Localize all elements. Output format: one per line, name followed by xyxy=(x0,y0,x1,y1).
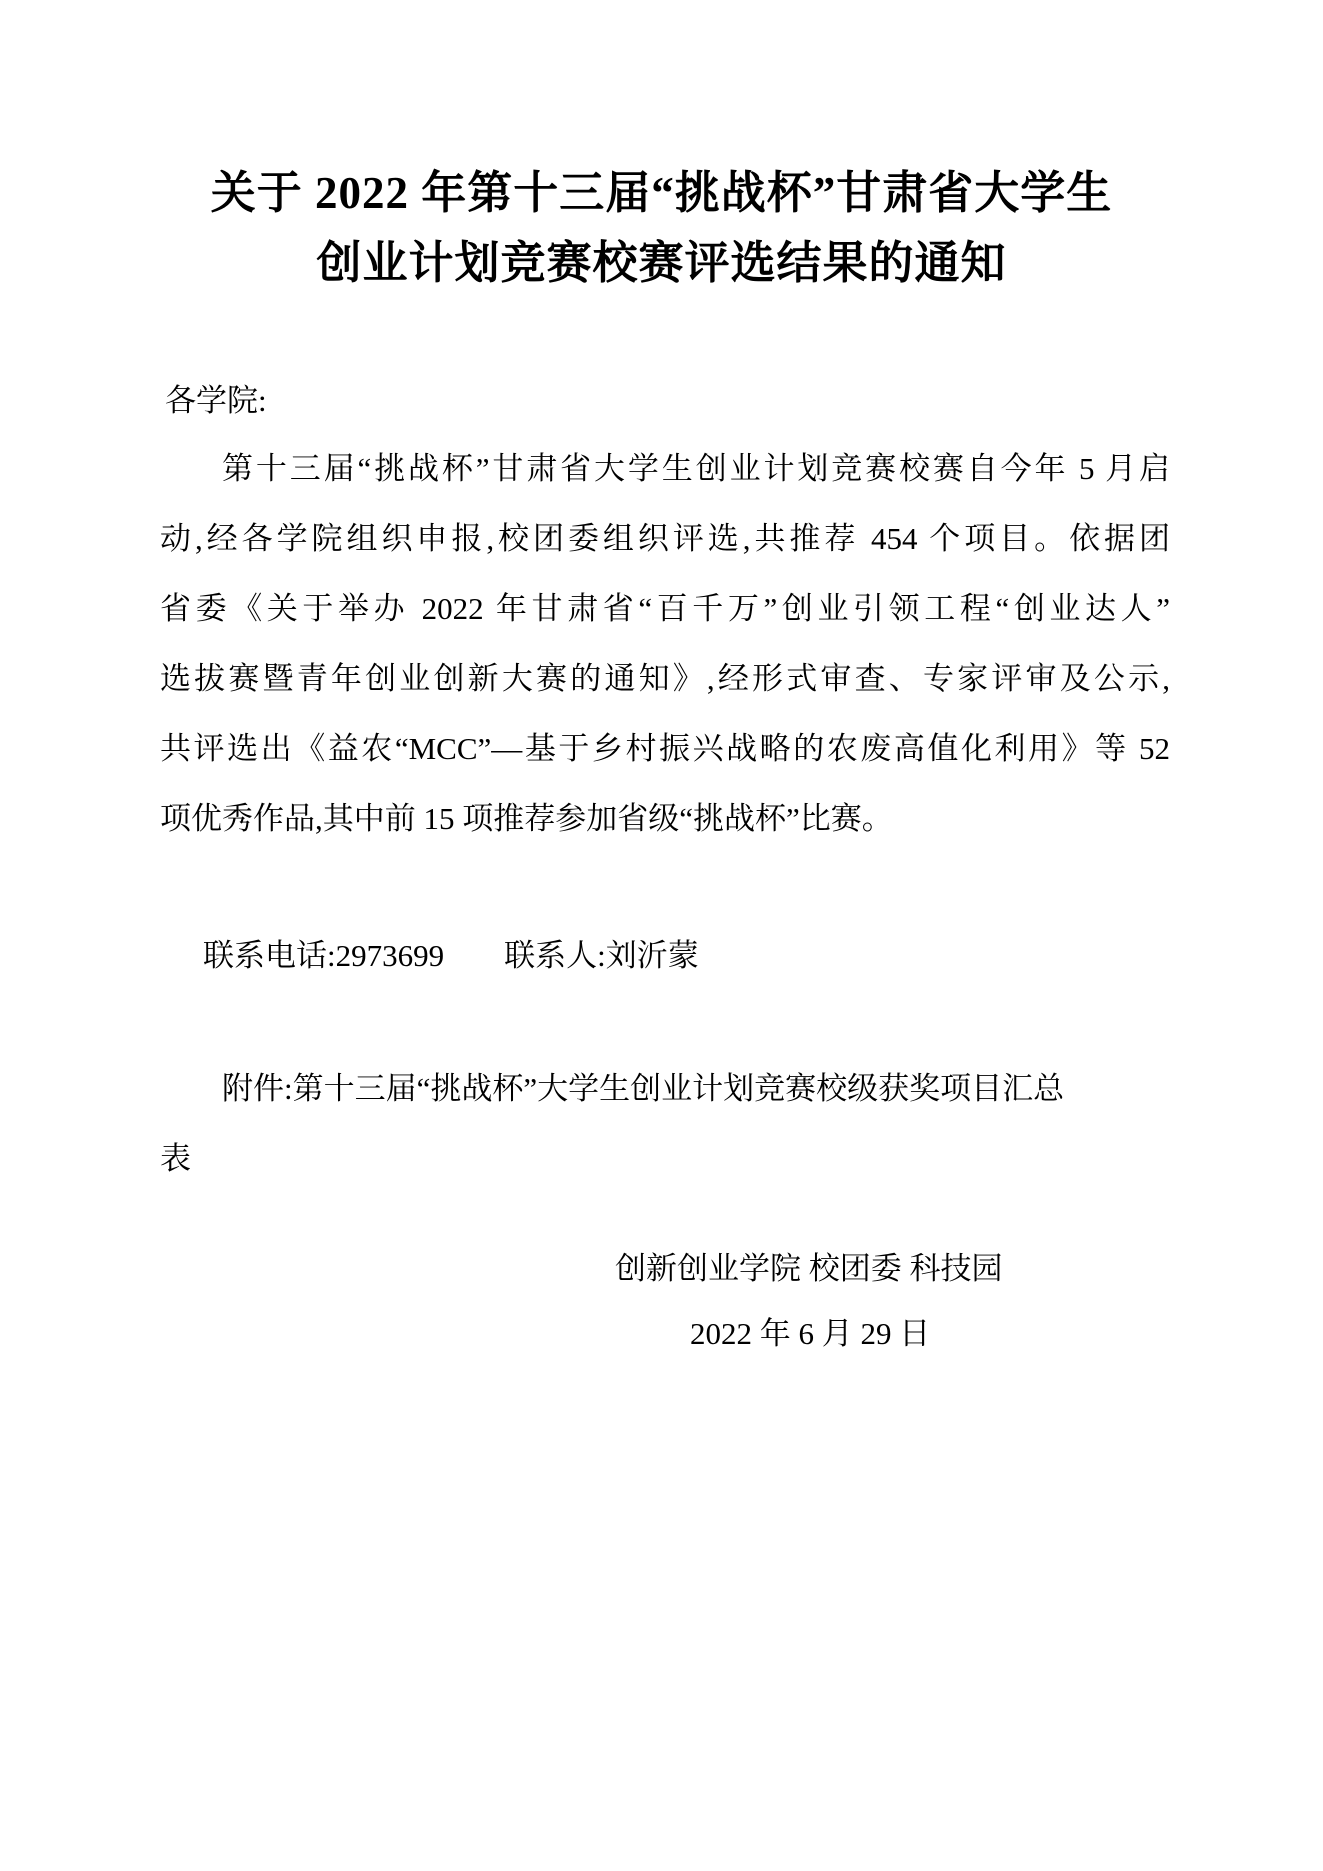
body-line: 项优秀作品,其中前 15 项推荐参加省级“挑战杯”比赛。 xyxy=(160,784,1170,854)
salutation: 各学院: xyxy=(165,366,267,436)
contact-info: 联系电话:2973699联系人:刘沂蒙 xyxy=(203,921,699,991)
attachment-note: 附件:第十三届“挑战杯”大学生创业计划竞赛校级获奖项目汇总 表 xyxy=(160,1054,1170,1194)
attachment-line-1: 附件:第十三届“挑战杯”大学生创业计划竞赛校级获奖项目汇总 xyxy=(160,1054,1170,1124)
body-line: 第十三届“挑战杯”甘肃省大学生创业计划竞赛校赛自今年 5 月启 xyxy=(160,434,1170,504)
issuing-departments: 创新创业学院 校团委 科技园 xyxy=(615,1234,1003,1304)
body-paragraph: 第十三届“挑战杯”甘肃省大学生创业计划竞赛校赛自今年 5 月启 动,经各学院组织… xyxy=(160,434,1170,854)
body-line: 动,经各学院组织申报,校团委组织评选,共推荐 454 个项目。依据团 xyxy=(160,504,1170,574)
body-line: 选拔赛暨青年创业创新大赛的通知》,经形式审查、专家评审及公示, xyxy=(160,644,1170,714)
contact-phone: 联系电话:2973699 xyxy=(203,938,444,973)
notice-document-page: 关于 2022 年第十三届“挑战杯”甘肃省大学生 创业计划竞赛校赛评选结果的通知… xyxy=(0,0,1323,1871)
issue-date: 2022 年 6 月 29 日 xyxy=(690,1299,930,1369)
contact-person: 联系人:刘沂蒙 xyxy=(504,938,699,973)
document-title-line-2: 创业计划竞赛校赛评选结果的通知 xyxy=(316,238,1006,288)
attachment-line-2: 表 xyxy=(160,1124,1170,1194)
body-line: 省委《关于举办 2022 年甘肃省“百千万”创业引领工程“创业达人” xyxy=(160,574,1170,644)
document-title-line-1: 关于 2022 年第十三届“挑战杯”甘肃省大学生 xyxy=(211,168,1113,218)
body-line: 共评选出《益农“MCC”—基于乡村振兴战略的农废高值化利用》等 52 xyxy=(160,714,1170,784)
document-title: 关于 2022 年第十三届“挑战杯”甘肃省大学生 创业计划竞赛校赛评选结果的通知 xyxy=(0,158,1323,298)
